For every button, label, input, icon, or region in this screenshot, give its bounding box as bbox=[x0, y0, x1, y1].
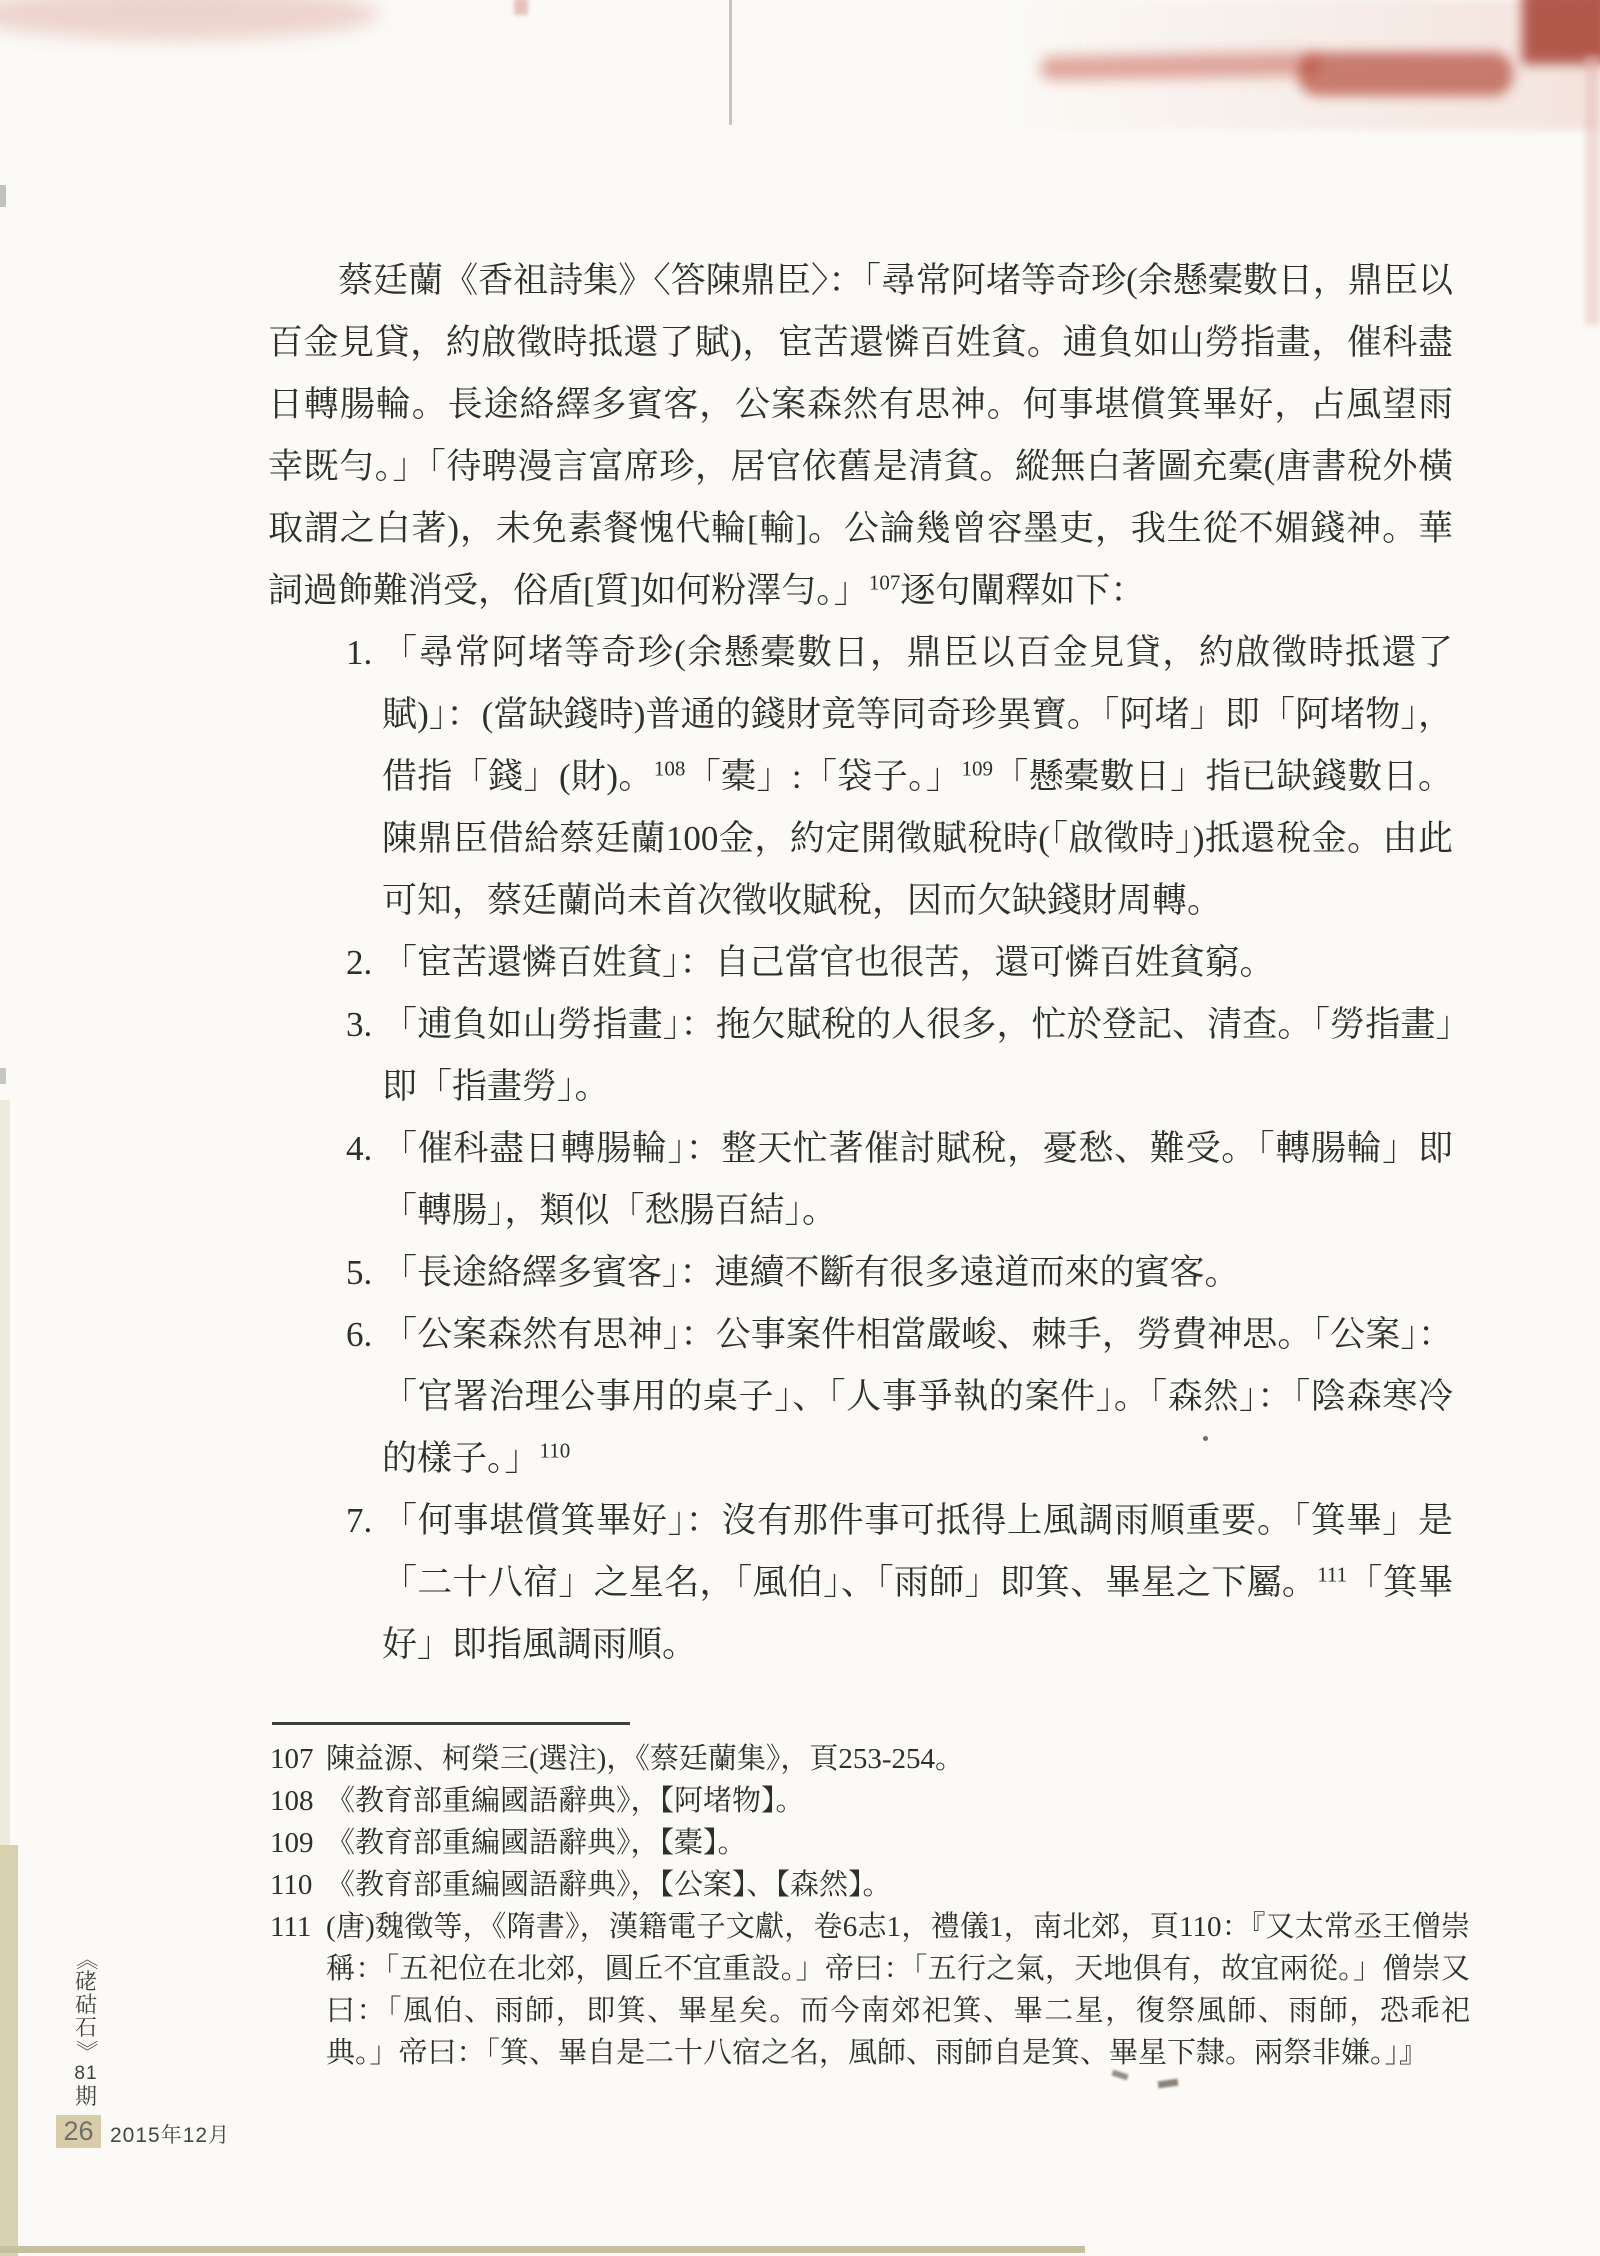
list-item: 7. 「何事堪償箕畢好」：沒有那件事可抵得上風調雨順重要。「箕畢」是「二十八宿」… bbox=[268, 1490, 1453, 1676]
list-item-number: 2. bbox=[346, 932, 382, 994]
footnote: 109《教育部重編國語辭典》，【橐】。 bbox=[270, 1822, 1470, 1864]
scan-artifact-red-corner bbox=[1522, 0, 1600, 64]
footnote: 107陳益源、柯榮三(選注)，《蔡廷蘭集》，頁253-254。 bbox=[270, 1738, 1470, 1780]
footnote-text: 《教育部重編國語辭典》，【橐】。 bbox=[326, 1827, 747, 1859]
list-item-text: 「公案森然有思神」：公事案件相當嚴峻、棘手，勞費神思。「公案」：「官署治理公事用… bbox=[382, 1304, 1453, 1490]
footnote-text: 《教育部重編國語辭典》，【公案】、【森然】。 bbox=[326, 1869, 892, 1901]
list-item-number: 7. bbox=[346, 1490, 382, 1676]
list-item-number: 3. bbox=[346, 994, 382, 1118]
footnote-text: 《教育部重編國語辭典》，【阿堵物】。 bbox=[326, 1785, 805, 1817]
list-item: 1. 「尋常阿堵等奇珍(余懸橐數日，鼎臣以百金見貸，約啟徵時抵還了賦)」：(當缺… bbox=[268, 622, 1453, 932]
list-item-text: 「宦苦還憐百姓貧」：自己當官也很苦，還可憐百姓貧窮。 bbox=[382, 932, 1453, 994]
scan-artifact-red-streak bbox=[1040, 52, 1320, 81]
scan-artifact-pink-edge bbox=[1585, 55, 1600, 325]
list-item: 5. 「長途絡繹多賓客」：連續不斷有很多遠道而來的賓客。 bbox=[268, 1242, 1453, 1304]
scan-artifact-edge-dash bbox=[0, 185, 6, 207]
scan-artifact-red-streak bbox=[1298, 52, 1513, 96]
scan-artifact-pink-tick bbox=[514, 0, 528, 15]
footnote-text: (唐)魏徵等，《隋書》，漢籍電子文獻，卷6志1，禮儀1，南北郊，頁110：『又太… bbox=[326, 1911, 1470, 2069]
page-number-badge: 26 bbox=[56, 2115, 101, 2148]
scan-artifact-pink-smudge bbox=[0, 0, 380, 40]
footnote-reference: 110 bbox=[540, 1438, 571, 1462]
footnote-reference: 107 bbox=[869, 570, 901, 594]
scan-artifact-gray-line bbox=[729, 0, 732, 125]
footnote-reference: 109 bbox=[961, 756, 993, 780]
journal-title-char: 石 bbox=[75, 2017, 97, 2039]
page-edge-strip bbox=[0, 1845, 18, 2256]
main-text-block: 蔡廷蘭《香祖詩集》〈答陳鼎臣〉：「尋常阿堵等奇珍(余懸橐數日，鼎臣以百金見貸，約… bbox=[268, 250, 1453, 1676]
intro-paragraph: 蔡廷蘭《香祖詩集》〈答陳鼎臣〉：「尋常阿堵等奇珍(余懸橐數日，鼎臣以百金見貸，約… bbox=[268, 250, 1453, 622]
journal-title-char: 》 bbox=[75, 2040, 97, 2062]
journal-title-char: 𥑮 bbox=[75, 1994, 97, 2016]
list-item-text: 「長途絡繹多賓客」：連續不斷有很多遠道而來的賓客。 bbox=[382, 1242, 1453, 1304]
list-item: 2. 「宦苦還憐百姓貧」：自己當官也很苦，還可憐百姓貧窮。 bbox=[268, 932, 1453, 994]
page-edge-shadow bbox=[0, 1100, 10, 1845]
list-item-text: 「催科盡日轉腸輪」：整天忙著催討賦稅，憂愁、難受。「轉腸輪」即「轉腸」，類似「愁… bbox=[382, 1118, 1453, 1242]
page-number: 26 bbox=[63, 2116, 93, 2147]
numbered-explanation-list: 1. 「尋常阿堵等奇珍(余懸橐數日，鼎臣以百金見貸，約啟徵時抵還了賦)」：(當缺… bbox=[268, 622, 1453, 1676]
scan-artifact-speck bbox=[1158, 2079, 1179, 2089]
journal-title-char: 《 bbox=[75, 1948, 97, 1970]
issue-date: 2015年12月 bbox=[110, 2119, 230, 2149]
journal-title-char: 期 bbox=[75, 2086, 97, 2108]
footnotes-block: 107陳益源、柯榮三(選注)，《蔡廷蘭集》，頁253-254。 108《教育部重… bbox=[270, 1738, 1470, 2074]
list-item-number: 1. bbox=[346, 622, 382, 932]
list-item-text: 「尋常阿堵等奇珍(余懸橐數日，鼎臣以百金見貸，約啟徵時抵還了賦)」：(當缺錢時)… bbox=[382, 622, 1453, 932]
list-item: 3. 「逋負如山勞指畫」：拖欠賦稅的人很多，忙於登記、清查。「勞指畫」即「指畫勞… bbox=[268, 994, 1453, 1118]
footnote-text: 陳益源、柯榮三(選注)，《蔡廷蘭集》，頁253-254。 bbox=[326, 1743, 964, 1775]
footnote-reference: 108 bbox=[654, 756, 686, 780]
list-item: 6. 「公案森然有思神」：公事案件相當嚴峻、棘手，勞費神思。「公案」：「官署治理… bbox=[268, 1304, 1453, 1490]
footnote: 108《教育部重編國語辭典》，【阿堵物】。 bbox=[270, 1780, 1470, 1822]
footnote-number: 107 bbox=[270, 1738, 326, 1780]
journal-title-vertical: 《硓𥑮石》81期 bbox=[66, 1948, 106, 2108]
footnote-number: 108 bbox=[270, 1780, 326, 1822]
scan-artifact-edge-dash bbox=[0, 1068, 6, 1084]
footnote-number: 111 bbox=[270, 1906, 326, 1948]
scan-artifact-pink-wash bbox=[1000, 0, 1600, 130]
list-item-number: 6. bbox=[346, 1304, 382, 1490]
page-bottom-strip bbox=[0, 2246, 1085, 2253]
footnote-number: 109 bbox=[270, 1822, 326, 1864]
list-item-text: 「何事堪償箕畢好」：沒有那件事可抵得上風調雨順重要。「箕畢」是「二十八宿」之星名… bbox=[382, 1490, 1453, 1676]
journal-title-char: 81 bbox=[74, 2063, 97, 2085]
footnote-separator-rule bbox=[272, 1722, 630, 1725]
list-item-number: 5. bbox=[346, 1242, 382, 1304]
footnote-reference: 111 bbox=[1317, 1562, 1347, 1586]
list-item-text: 「逋負如山勞指畫」：拖欠賦稅的人很多，忙於登記、清查。「勞指畫」即「指畫勞」。 bbox=[382, 994, 1453, 1118]
list-item-number: 4. bbox=[346, 1118, 382, 1242]
journal-title-char: 硓 bbox=[75, 1971, 97, 1993]
footnote-number: 110 bbox=[270, 1864, 326, 1906]
footnote: 110《教育部重編國語辭典》，【公案】、【森然】。 bbox=[270, 1864, 1470, 1906]
footnote: 111(唐)魏徵等，《隋書》，漢籍電子文獻，卷6志1，禮儀1，南北郊，頁110：… bbox=[270, 1906, 1470, 2074]
list-item: 4. 「催科盡日轉腸輪」：整天忙著催討賦稅，憂愁、難受。「轉腸輪」即「轉腸」，類… bbox=[268, 1118, 1453, 1242]
scanned-page: 蔡廷蘭《香祖詩集》〈答陳鼎臣〉：「尋常阿堵等奇珍(余懸橐數日，鼎臣以百金見貸，約… bbox=[0, 0, 1600, 2256]
